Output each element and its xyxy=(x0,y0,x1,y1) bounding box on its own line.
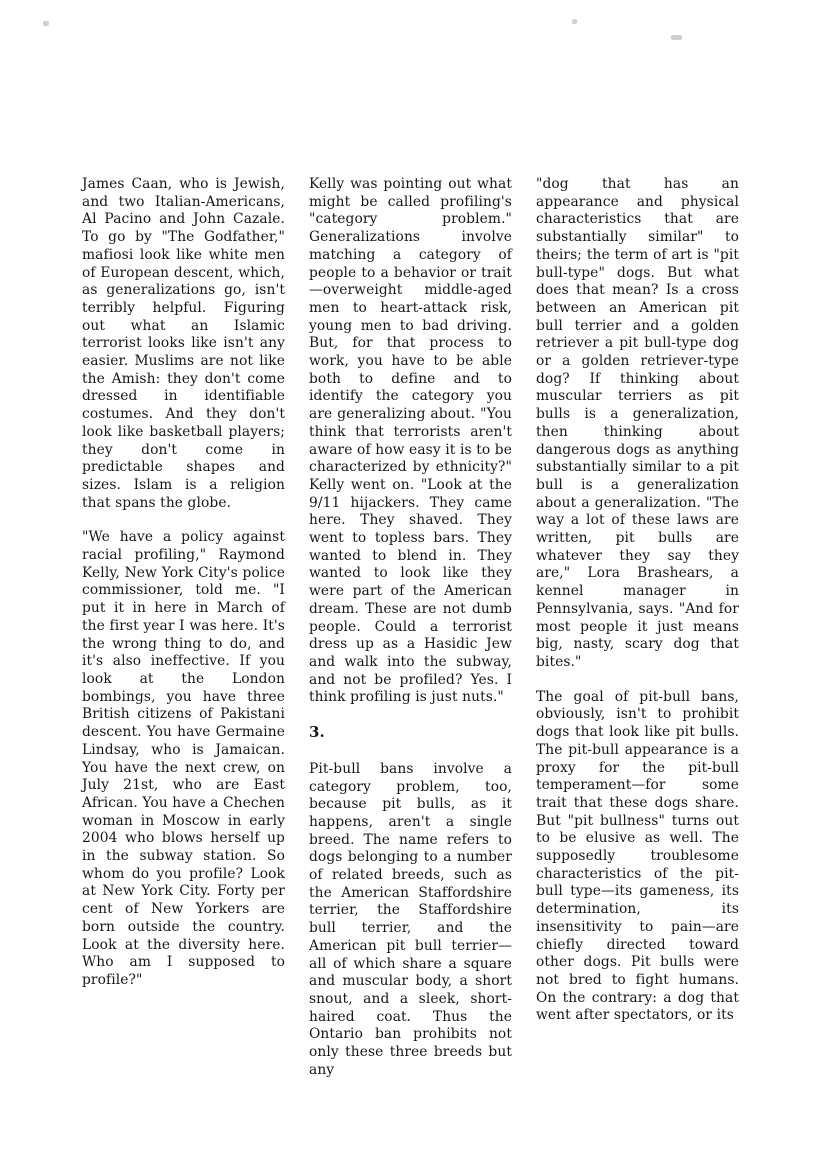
paragraph: Kelly was pointing out what might be cal… xyxy=(309,176,512,707)
scan-artifact xyxy=(43,21,49,26)
article-page: James Caan, who is Jewish, and two Itali… xyxy=(0,0,826,1169)
article-column-1: James Caan, who is Jewish, and two Itali… xyxy=(82,176,285,1096)
article-column-2: Kelly was pointing out what might be cal… xyxy=(309,176,512,1096)
article-column-3: "dog that has an appearance and physical… xyxy=(536,176,739,1096)
article-text-block: James Caan, who is Jewish, and two Itali… xyxy=(82,176,740,1096)
section-heading: 3. xyxy=(309,724,512,742)
paragraph: "We have a policy against racial profili… xyxy=(82,529,285,989)
paragraph: James Caan, who is Jewish, and two Itali… xyxy=(82,176,285,512)
scan-artifact xyxy=(572,19,577,24)
paragraph: "dog that has an appearance and physical… xyxy=(536,176,739,672)
scan-artifact xyxy=(671,35,682,40)
paragraph: The goal of pit-bull bans, obviously, is… xyxy=(536,689,739,1025)
paragraph: Pit-bull bans involve a category problem… xyxy=(309,761,512,1080)
